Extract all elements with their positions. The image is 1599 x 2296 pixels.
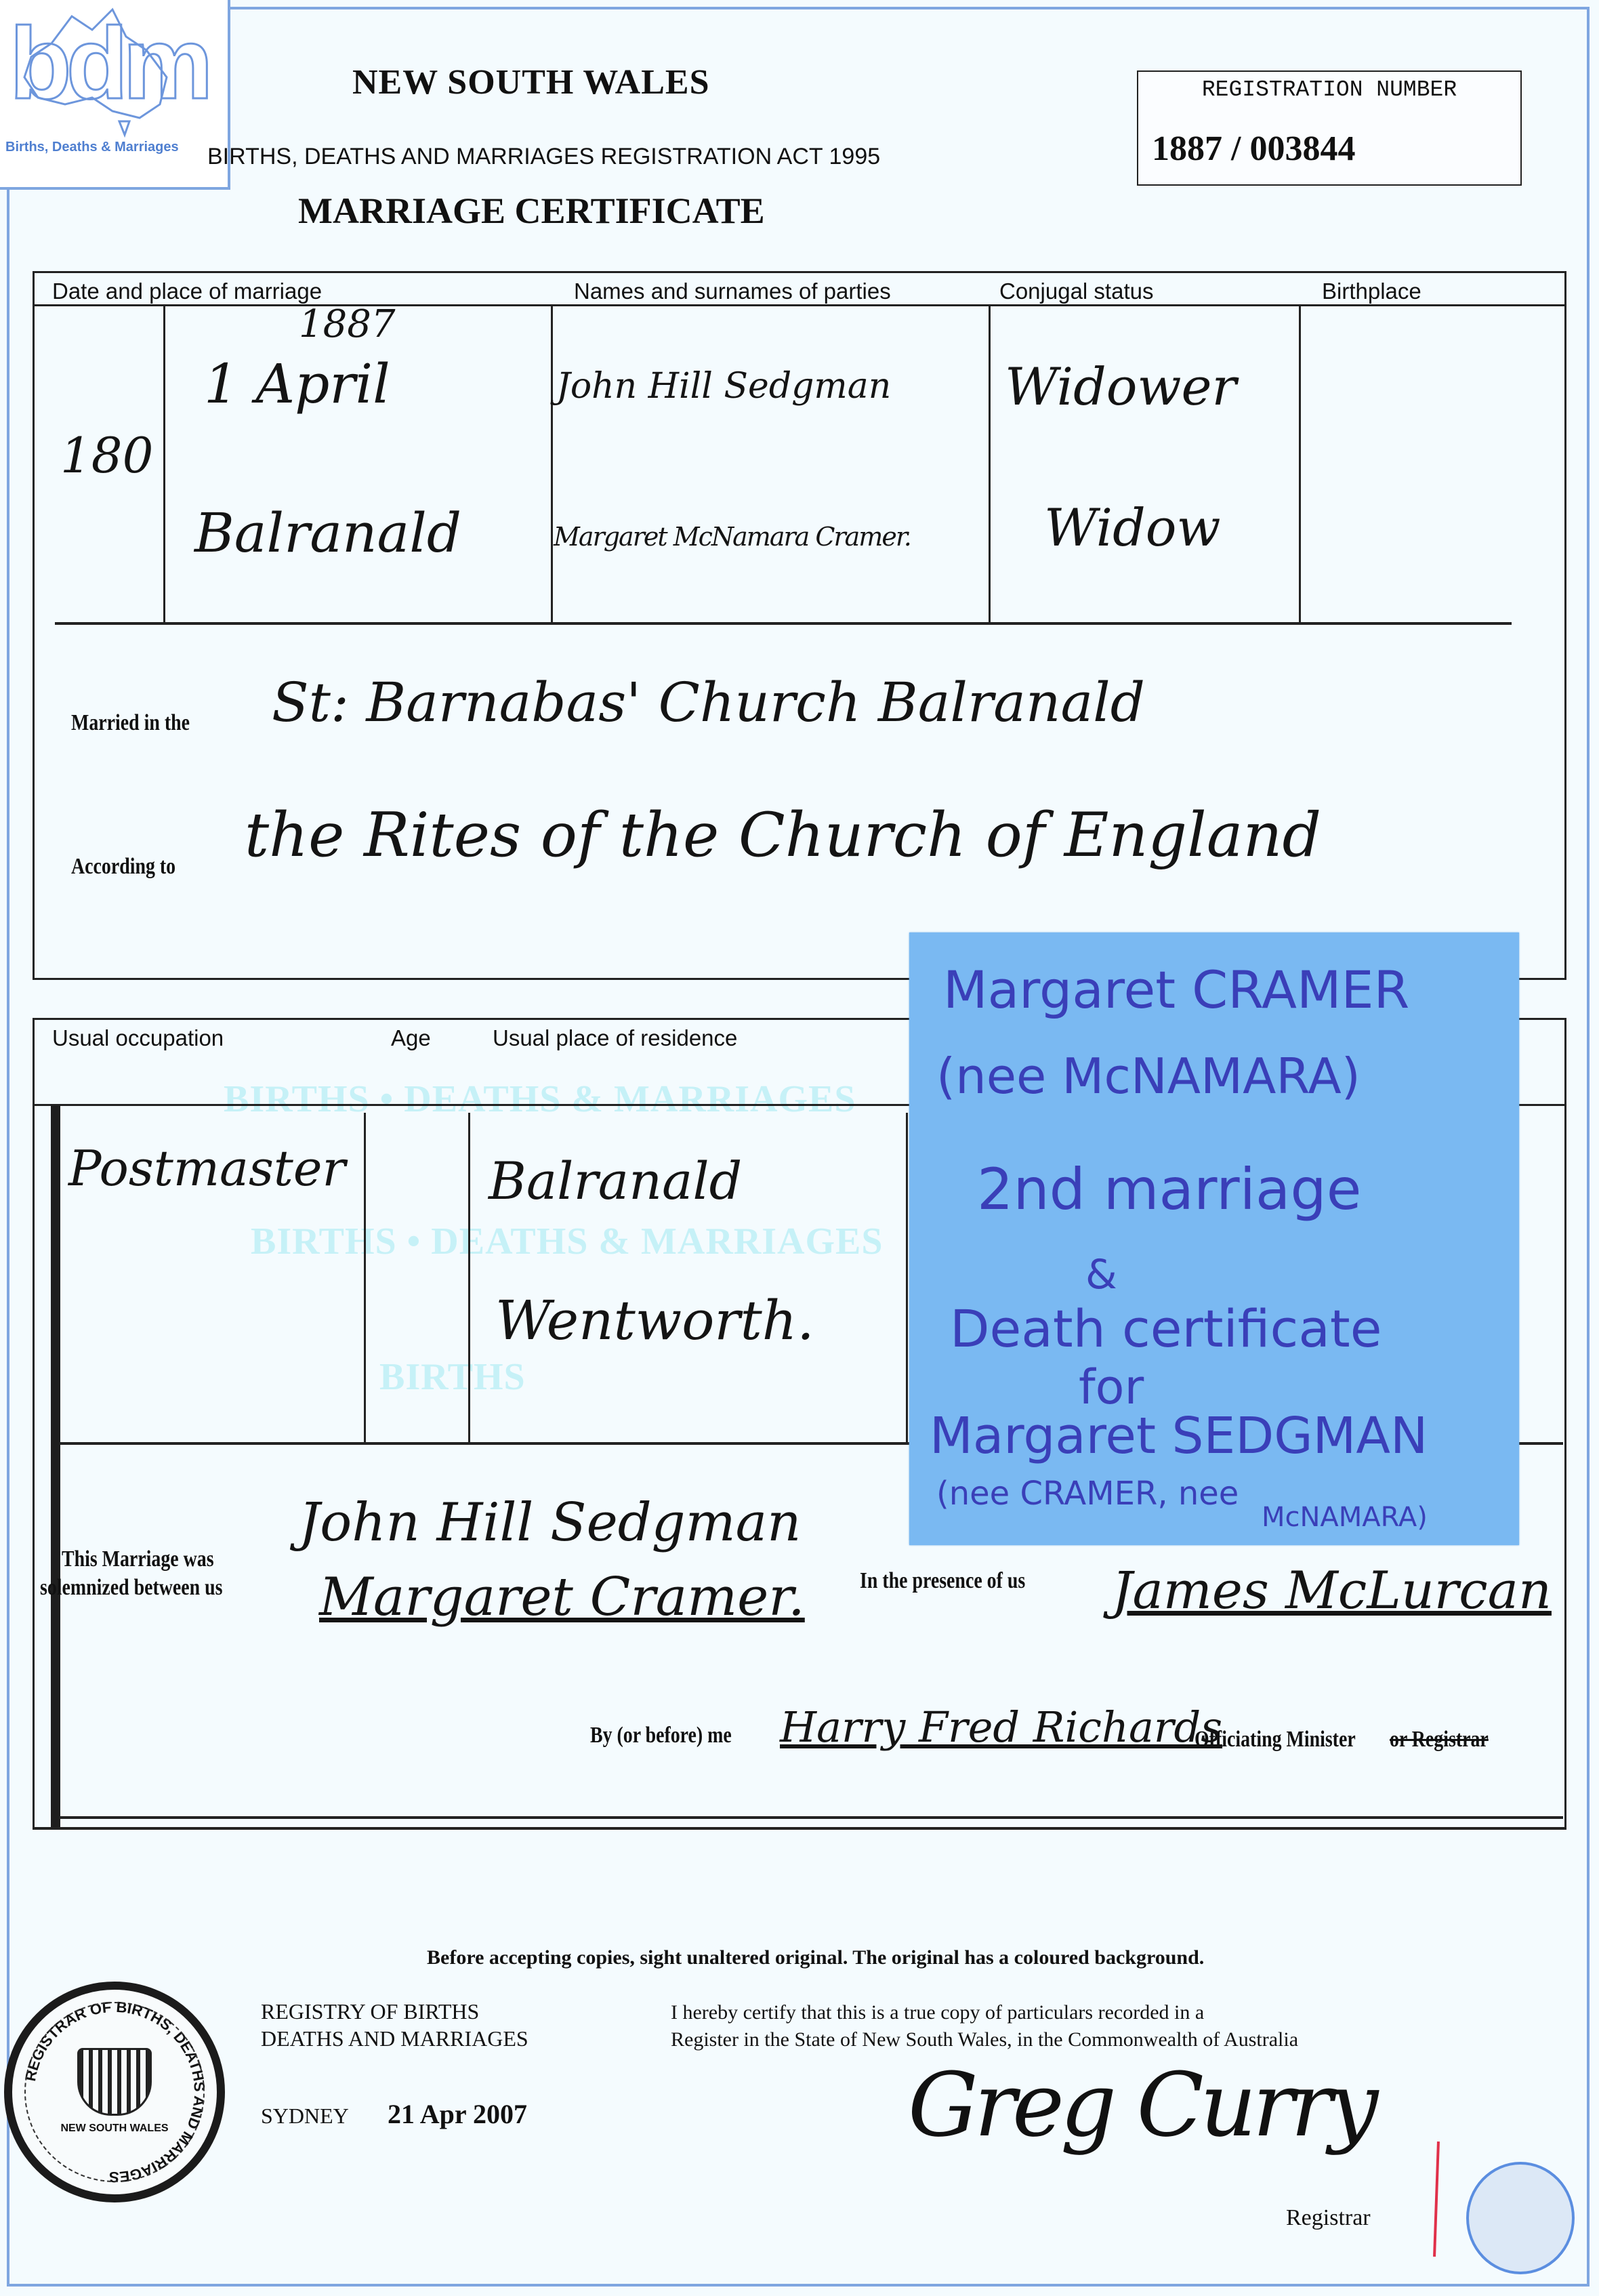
- party-1-signature: John Hill Sedgman: [299, 1492, 801, 1553]
- solemnized-label-2: solemnized between us: [40, 1575, 222, 1601]
- column-divider: [906, 1113, 908, 1445]
- marriage-year: 1887: [299, 302, 396, 346]
- issue-city: SYDNEY: [261, 2104, 349, 2129]
- certification-text: I hereby certify that this is a true cop…: [671, 1999, 1298, 2053]
- registration-label: REGISTRATION NUMBER: [1138, 77, 1520, 102]
- sticky-note-line: Margaret CRAMER: [943, 960, 1409, 1020]
- registration-value: 1887 / 003844: [1152, 129, 1355, 169]
- officiating-label: Officiating Minister: [1195, 1727, 1356, 1752]
- party-1-name: John Hill Sedgman: [556, 366, 891, 407]
- sticky-note-line: &: [1085, 1251, 1117, 1298]
- sticky-note: Margaret CRAMER (nee McNAMARA) 2nd marri…: [909, 932, 1519, 1545]
- party-2-signature: Margaret Cramer.: [319, 1567, 805, 1628]
- witness-signature: James McLurcan: [1112, 1560, 1552, 1620]
- state-title: NEW SOUTH WALES: [352, 62, 709, 102]
- sticky-note-line: 2nd marriage: [977, 1156, 1361, 1223]
- sticky-note-line: McNAMARA): [1262, 1502, 1428, 1533]
- coat-of-arms-icon: [77, 2048, 152, 2116]
- sticky-note-line: Margaret SEDGMAN: [930, 1407, 1428, 1465]
- column-divider: [468, 1113, 470, 1445]
- sticky-note-line: (nee CRAMER, nee: [936, 1475, 1239, 1513]
- struck-registrar-label: or Registrar: [1390, 1727, 1489, 1752]
- party-1-residence: Balranald: [489, 1151, 742, 1211]
- column-divider: [1299, 306, 1301, 625]
- sticky-note-line: Death certificate: [950, 1298, 1382, 1359]
- married-in-value: St: Barnabas' Church Balranald: [272, 671, 1145, 734]
- party-2-name: Margaret McNamara Cramer.: [554, 522, 911, 552]
- bdm-logo: bdm Births, Deaths & Marriages: [0, 0, 230, 190]
- document-title: MARRIAGE CERTIFICATE: [298, 190, 765, 232]
- party-2-status: Widow: [1044, 497, 1221, 558]
- minister-signature: Harry Fred Richards: [780, 1702, 1222, 1752]
- according-to-value: the Rites of the Church of England: [245, 800, 1321, 871]
- party-1-occupation: Postmaster: [68, 1140, 346, 1197]
- marriage-table: Date and place of marriage Names and sur…: [33, 271, 1566, 980]
- party-2-residence: Wentworth.: [495, 1289, 814, 1352]
- registry-line-1: REGISTRY OF BIRTHS: [261, 1998, 479, 2025]
- blue-stamp-icon: [1466, 2162, 1575, 2274]
- column-age: Age: [391, 1025, 431, 1051]
- married-in-label: Married in the: [71, 710, 190, 736]
- column-divider: [989, 306, 991, 625]
- registrar-signature: Greg Curry: [908, 2053, 1374, 2156]
- authenticity-warning: Before accepting copies, sight unaltered…: [427, 1946, 1204, 1969]
- column-divider: [551, 306, 553, 625]
- row-divider: [59, 1816, 1563, 1819]
- column-birthplace: Birthplace: [1322, 279, 1421, 304]
- presence-label: In the presence of us: [860, 1568, 1025, 1594]
- logo-letters: bdm: [9, 12, 208, 114]
- according-to-label: According to: [71, 854, 175, 880]
- act-title: BIRTHS, DEATHS AND MARRIAGES REGISTRATIO…: [207, 144, 880, 170]
- column-divider: [364, 1113, 366, 1445]
- column-names: Names and surnames of parties: [574, 279, 891, 304]
- party-1-status: Widower: [1005, 356, 1237, 417]
- issue-date: 21 Apr 2007: [388, 2098, 527, 2130]
- column-date-place: Date and place of marriage: [52, 279, 322, 304]
- marriage-place: Balranald: [194, 501, 461, 565]
- column-occupation: Usual occupation: [52, 1025, 224, 1051]
- certify-line-2: Register in the State of New South Wales…: [671, 2026, 1298, 2053]
- marriage-day-month: 1 April: [204, 352, 390, 415]
- registrar-seal: REGISTRAR OF BIRTHS, DEATHS AND MARRIAGE…: [4, 1982, 225, 2202]
- entry-number: 180: [60, 427, 153, 484]
- marriage-table-header: Date and place of marriage Names and sur…: [35, 271, 1564, 306]
- column-residence: Usual place of residence: [493, 1025, 737, 1051]
- row-divider: [55, 622, 1512, 625]
- column-conjugal-status: Conjugal status: [999, 279, 1153, 304]
- logo-caption: Births, Deaths & Marriages: [5, 140, 179, 155]
- before-label: By (or before) me: [590, 1723, 732, 1748]
- seal-inner-text: NEW SOUTH WALES: [12, 2123, 217, 2135]
- certify-line-1: I hereby certify that this is a true cop…: [671, 1999, 1298, 2026]
- registry-line-2: DEATHS AND MARRIAGES: [261, 2025, 528, 2052]
- column-divider: [163, 306, 165, 625]
- registrar-label: Registrar: [1286, 2205, 1371, 2231]
- registration-number-box: REGISTRATION NUMBER 1887 / 003844: [1137, 70, 1522, 186]
- solemnized-label-1: This Marriage was: [62, 1546, 214, 1572]
- binding-edge: [51, 1106, 60, 1827]
- sticky-note-line: (nee McNAMARA): [936, 1048, 1361, 1105]
